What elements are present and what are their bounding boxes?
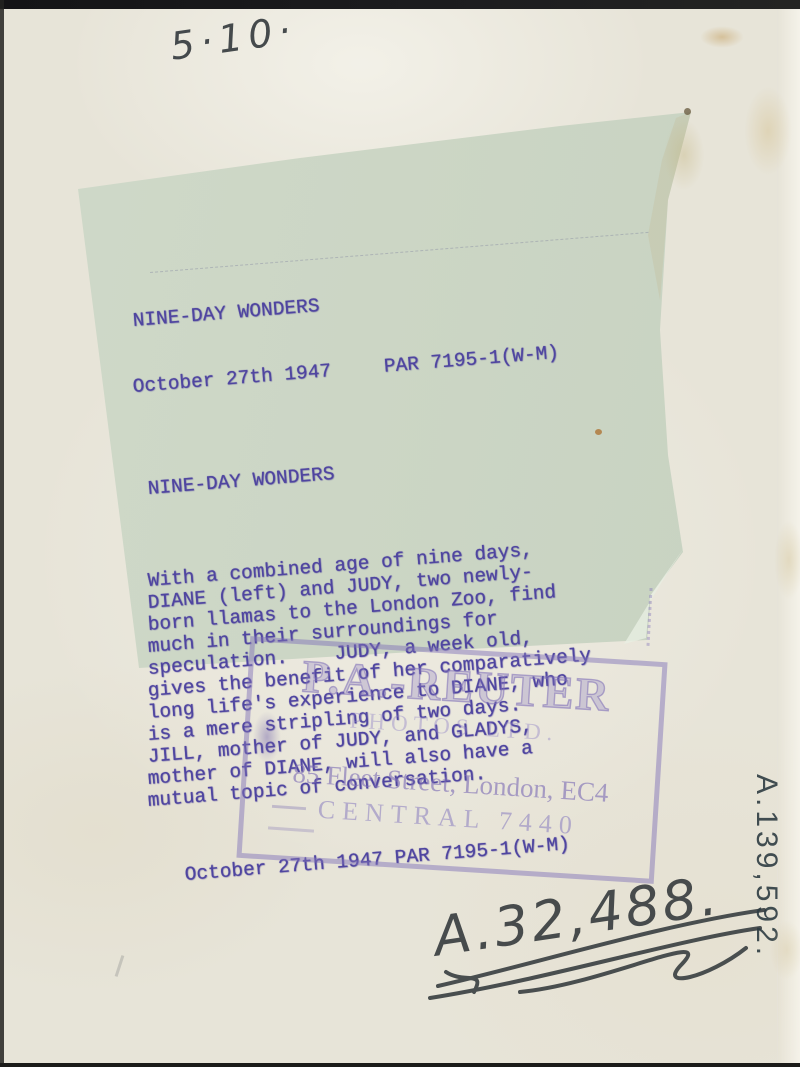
handwritten-number-top: 5·10· (168, 7, 300, 68)
strike-scribble (424, 886, 780, 1010)
photo-edge-bottom (0, 1063, 800, 1067)
photo-edge-top (0, 0, 800, 9)
photo-back-scan: { "photo_back": { "handwriting_top": "5·… (0, 0, 800, 1067)
caption-title: NINE-DAY WONDERS (147, 434, 692, 500)
stamp-ink-smudge (250, 708, 284, 766)
photo-edge-left (0, 0, 4, 1067)
handwritten-number-vertical: A.139,592. (749, 774, 783, 959)
agency-rubber-stamp: P.A.-REUTER PHOTOS LTD. 85 Fleet Street,… (236, 636, 667, 884)
paper-stain (700, 26, 744, 48)
caption-header-ref: PAR 7195-1(W-M) (383, 342, 560, 378)
caption-header-date: October 27th 1947 (132, 360, 332, 398)
pencil-mark (115, 955, 125, 977)
caption-header-title: NINE-DAY WONDERS (132, 265, 692, 332)
caption-header-row: October 27th 1947 PAR 7195-1(W-M) (132, 331, 692, 398)
